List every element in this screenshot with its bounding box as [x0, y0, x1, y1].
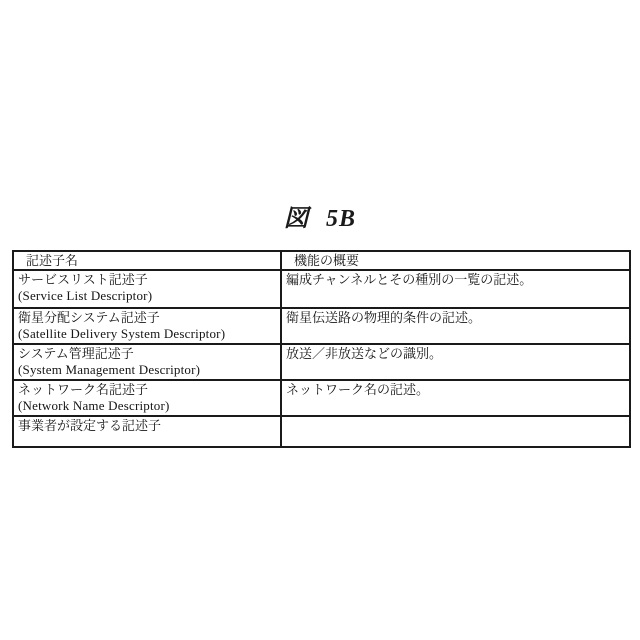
descriptor-name-cell: サービスリスト記述子 (Service List Descriptor) [13, 270, 281, 308]
descriptor-name-jp: 衛星分配システム記述子 [18, 310, 277, 326]
table-row: システム管理記述子 (System Management Descriptor)… [13, 344, 630, 380]
column-header-function-summary: 機能の概要 [281, 251, 630, 270]
function-summary-text: 衛星伝送路の物理的条件の記述。 [286, 310, 626, 326]
function-summary-cell: ネットワーク名の記述。 [281, 380, 630, 416]
patent-figure-page: 図5B 記述子名 機能の概要 サービスリスト記述子 (Service List … [0, 0, 640, 640]
descriptor-table: 記述子名 機能の概要 サービスリスト記述子 (Service List Desc… [12, 250, 631, 448]
descriptor-name-jp: 事業者が設定する記述子 [18, 418, 277, 434]
column-header-descriptor-name: 記述子名 [13, 251, 281, 270]
table-row: サービスリスト記述子 (Service List Descriptor) 編成チ… [13, 270, 630, 308]
descriptor-name-cell: 衛星分配システム記述子 (Satellite Delivery System D… [13, 308, 281, 344]
descriptor-name-cell: 事業者が設定する記述子 [13, 416, 281, 447]
function-summary-text: 編成チャンネルとその種別の一覧の記述。 [286, 272, 626, 288]
table-row: ネットワーク名記述子 (Network Name Descriptor) ネット… [13, 380, 630, 416]
table-row: 衛星分配システム記述子 (Satellite Delivery System D… [13, 308, 630, 344]
descriptor-name-en: (Network Name Descriptor) [18, 398, 277, 414]
descriptor-name-cell: システム管理記述子 (System Management Descriptor) [13, 344, 281, 380]
figure-title: 図5B [0, 198, 640, 233]
function-summary-text: 放送／非放送などの識別。 [286, 346, 626, 362]
function-summary-text: ネットワーク名の記述。 [286, 382, 626, 398]
descriptor-name-jp: ネットワーク名記述子 [18, 382, 277, 398]
figure-label: 図 [284, 206, 309, 232]
figure-number: 5B [326, 206, 356, 232]
function-summary-cell: 編成チャンネルとその種別の一覧の記述。 [281, 270, 630, 308]
descriptor-name-jp: システム管理記述子 [18, 346, 277, 362]
descriptor-name-jp: サービスリスト記述子 [18, 272, 277, 288]
function-summary-cell [281, 416, 630, 447]
descriptor-name-en: (System Management Descriptor) [18, 362, 277, 378]
descriptor-name-cell: ネットワーク名記述子 (Network Name Descriptor) [13, 380, 281, 416]
function-summary-cell: 放送／非放送などの識別。 [281, 344, 630, 380]
descriptor-name-en: (Service List Descriptor) [18, 288, 277, 304]
table-header-row: 記述子名 機能の概要 [13, 251, 630, 270]
function-summary-cell: 衛星伝送路の物理的条件の記述。 [281, 308, 630, 344]
table-row: 事業者が設定する記述子 [13, 416, 630, 447]
descriptor-name-en: (Satellite Delivery System Descriptor) [18, 326, 277, 342]
